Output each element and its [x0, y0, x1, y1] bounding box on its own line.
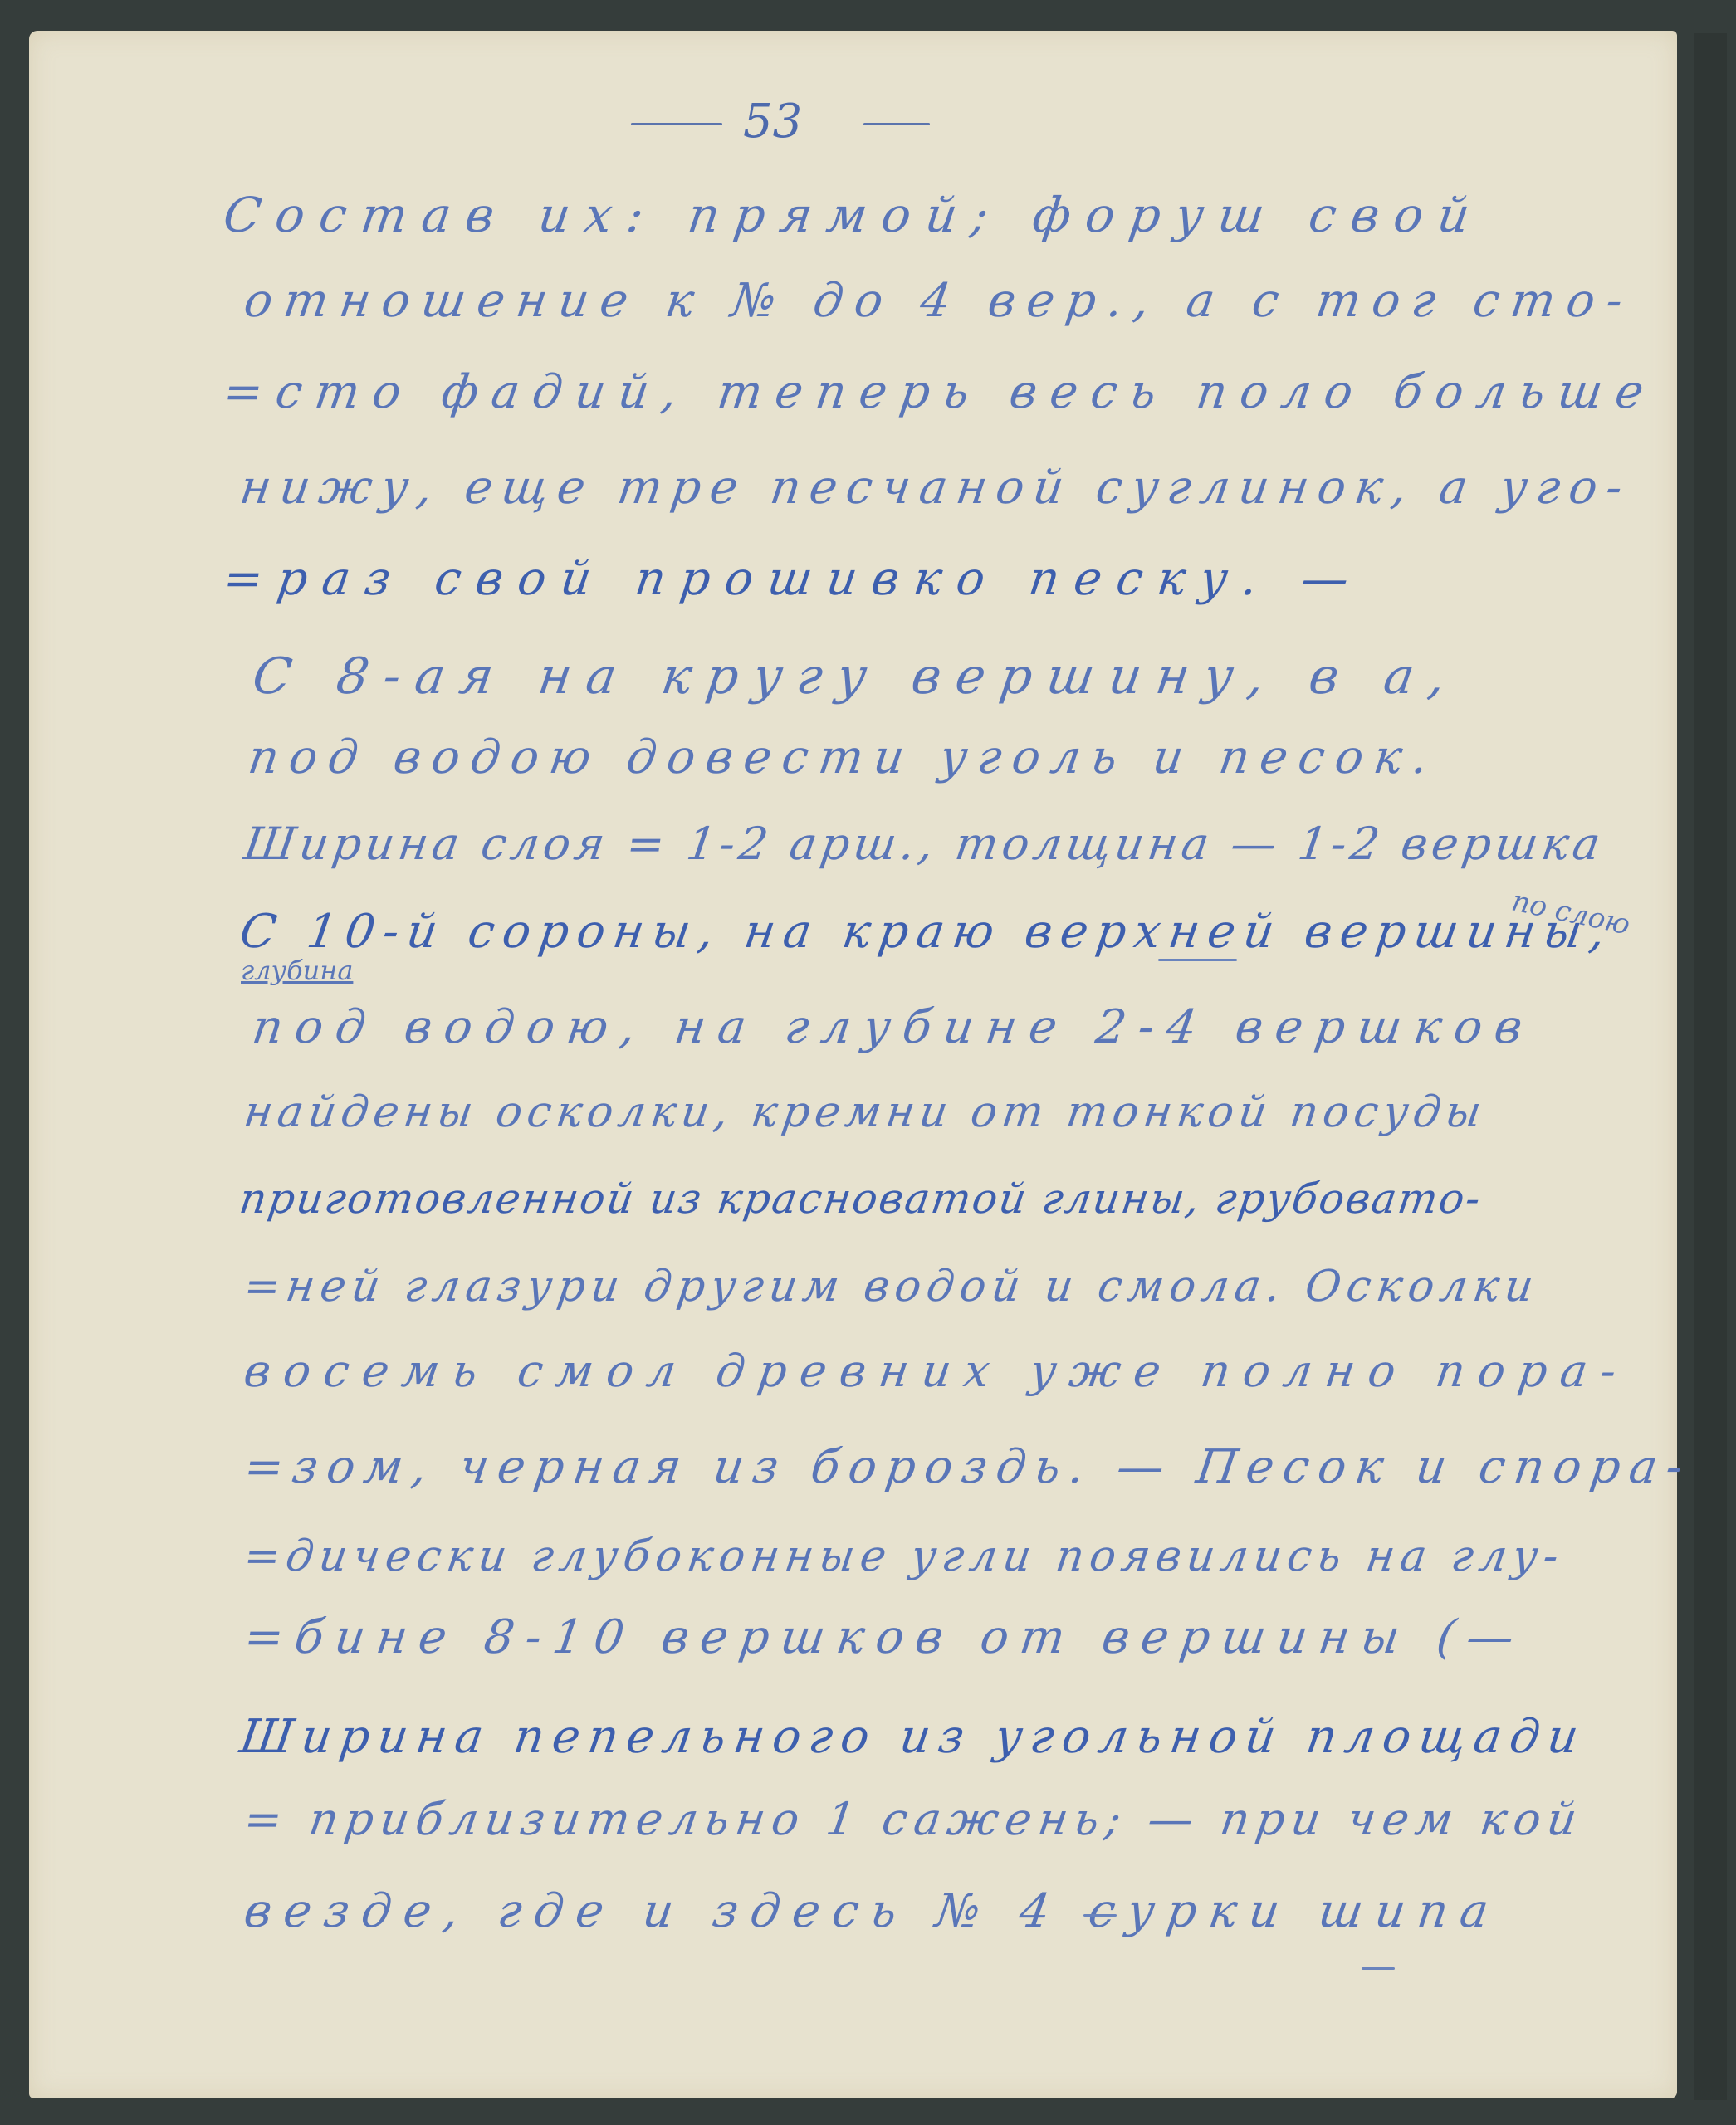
- strikethrough-line: [1158, 959, 1237, 961]
- handwritten-line: С 10-й сороны, на краю верхней вершины,: [237, 905, 1616, 959]
- handwritten-line: =сто фадий, теперь весь поло больше: [220, 365, 1660, 419]
- handwritten-line: отношение к № до 4 вер., а с тог сто-: [241, 274, 1637, 328]
- handwritten-line: восемь смол древних уже полно пора-: [241, 1345, 1633, 1397]
- handwritten-line: =зом, черная из бороздь. — Песок и спора…: [241, 1440, 1695, 1494]
- handwritten-line: =раз свой прошивко песку. —: [220, 552, 1367, 606]
- handwritten-line: Ширина слоя = 1-2 арш., толщина — 1-2 ве…: [241, 818, 1607, 870]
- handwritten-line: нижу, еще тре песчаной суглинок, а уго-: [237, 461, 1635, 515]
- handwritten-line: =дически глубоконные угли появились на г…: [241, 1531, 1567, 1581]
- handwritten-line: приготовленной из красноватой глины, гру…: [237, 1175, 1485, 1223]
- handwritten-line: = приблизительно 1 сажень; — при чем кой: [241, 1793, 1587, 1845]
- handwritten-line: везде, где и здесь № 4 сурки шипа: [241, 1884, 1504, 1938]
- handwritten-line: под водою довести уголь и песок.: [245, 730, 1442, 784]
- handwritten-line: =ней глазури другим водой и смола. Оскол…: [241, 1262, 1542, 1312]
- handwritten-line: =бине 8-10 вершков от вершины (—: [241, 1610, 1528, 1664]
- underline-stroke: [1083, 1914, 1117, 1917]
- margin-annotation-glubina: глубина: [241, 955, 353, 986]
- handwritten-line: найдены осколки, кремни от тонкой посуды: [241, 1087, 1489, 1137]
- handwritten-line: С 8-ая на кругу вершину, в а,: [249, 647, 1464, 706]
- handwritten-line: под водою, на глубине 2-4 вершков: [249, 1000, 1538, 1054]
- handwritten-line: Ширина пепельного из угольной площади: [237, 1710, 1590, 1764]
- handwritten-text-body: Состав их: прямой; форуш свой отношение …: [0, 0, 1736, 2125]
- underline-stroke: [1362, 1967, 1395, 1970]
- handwritten-line: Состав их: прямой; форуш свой: [220, 187, 1488, 243]
